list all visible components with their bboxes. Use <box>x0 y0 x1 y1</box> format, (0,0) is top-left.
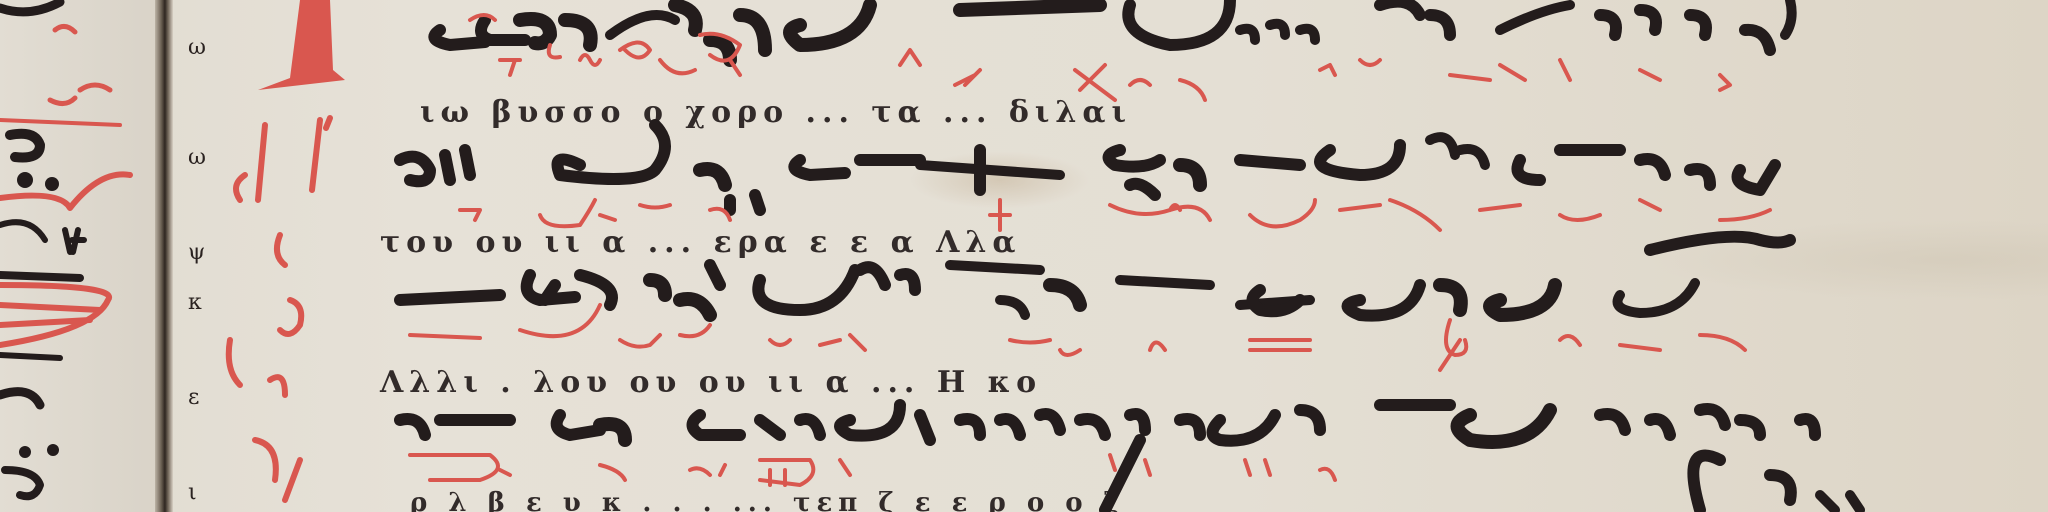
left-folio-marks <box>0 2 130 496</box>
margin-sign: ω <box>188 145 206 170</box>
lyric-line-1: ιω βυσσο ο χορο ... τα ... διλαι <box>420 95 1132 130</box>
margin-sign: κ <box>188 290 202 315</box>
neume-row-1 <box>434 0 1791 60</box>
lyric-line-2: του ου ιι α ... ερα ε ε α Λλα <box>380 225 1022 260</box>
margin-sign: ι <box>188 480 197 505</box>
neume-layer <box>0 0 2048 512</box>
rubric-row-1 <box>470 15 1730 100</box>
rubric-row-3 <box>410 305 1745 370</box>
neume-row-4 <box>400 405 1815 442</box>
lyric-line-4: ρ λ β ε υ κ . . . ... τεπ ζ ε ε ρ ο ο ζ <box>410 488 1125 512</box>
margin-sign: ε <box>188 385 199 410</box>
margin-sign: ψ <box>188 240 205 265</box>
lyric-line-3: Λλλι . λου ου ου ιι α ... Η κο <box>380 365 1042 400</box>
manuscript-page: ω ω ψ κ ε ι ιω βυσσο ο χορο ... τα ... δ… <box>0 0 2048 512</box>
margin-sign: ω <box>188 35 206 60</box>
margin-rubrics <box>229 0 345 500</box>
neume-row-2 <box>400 125 1775 210</box>
